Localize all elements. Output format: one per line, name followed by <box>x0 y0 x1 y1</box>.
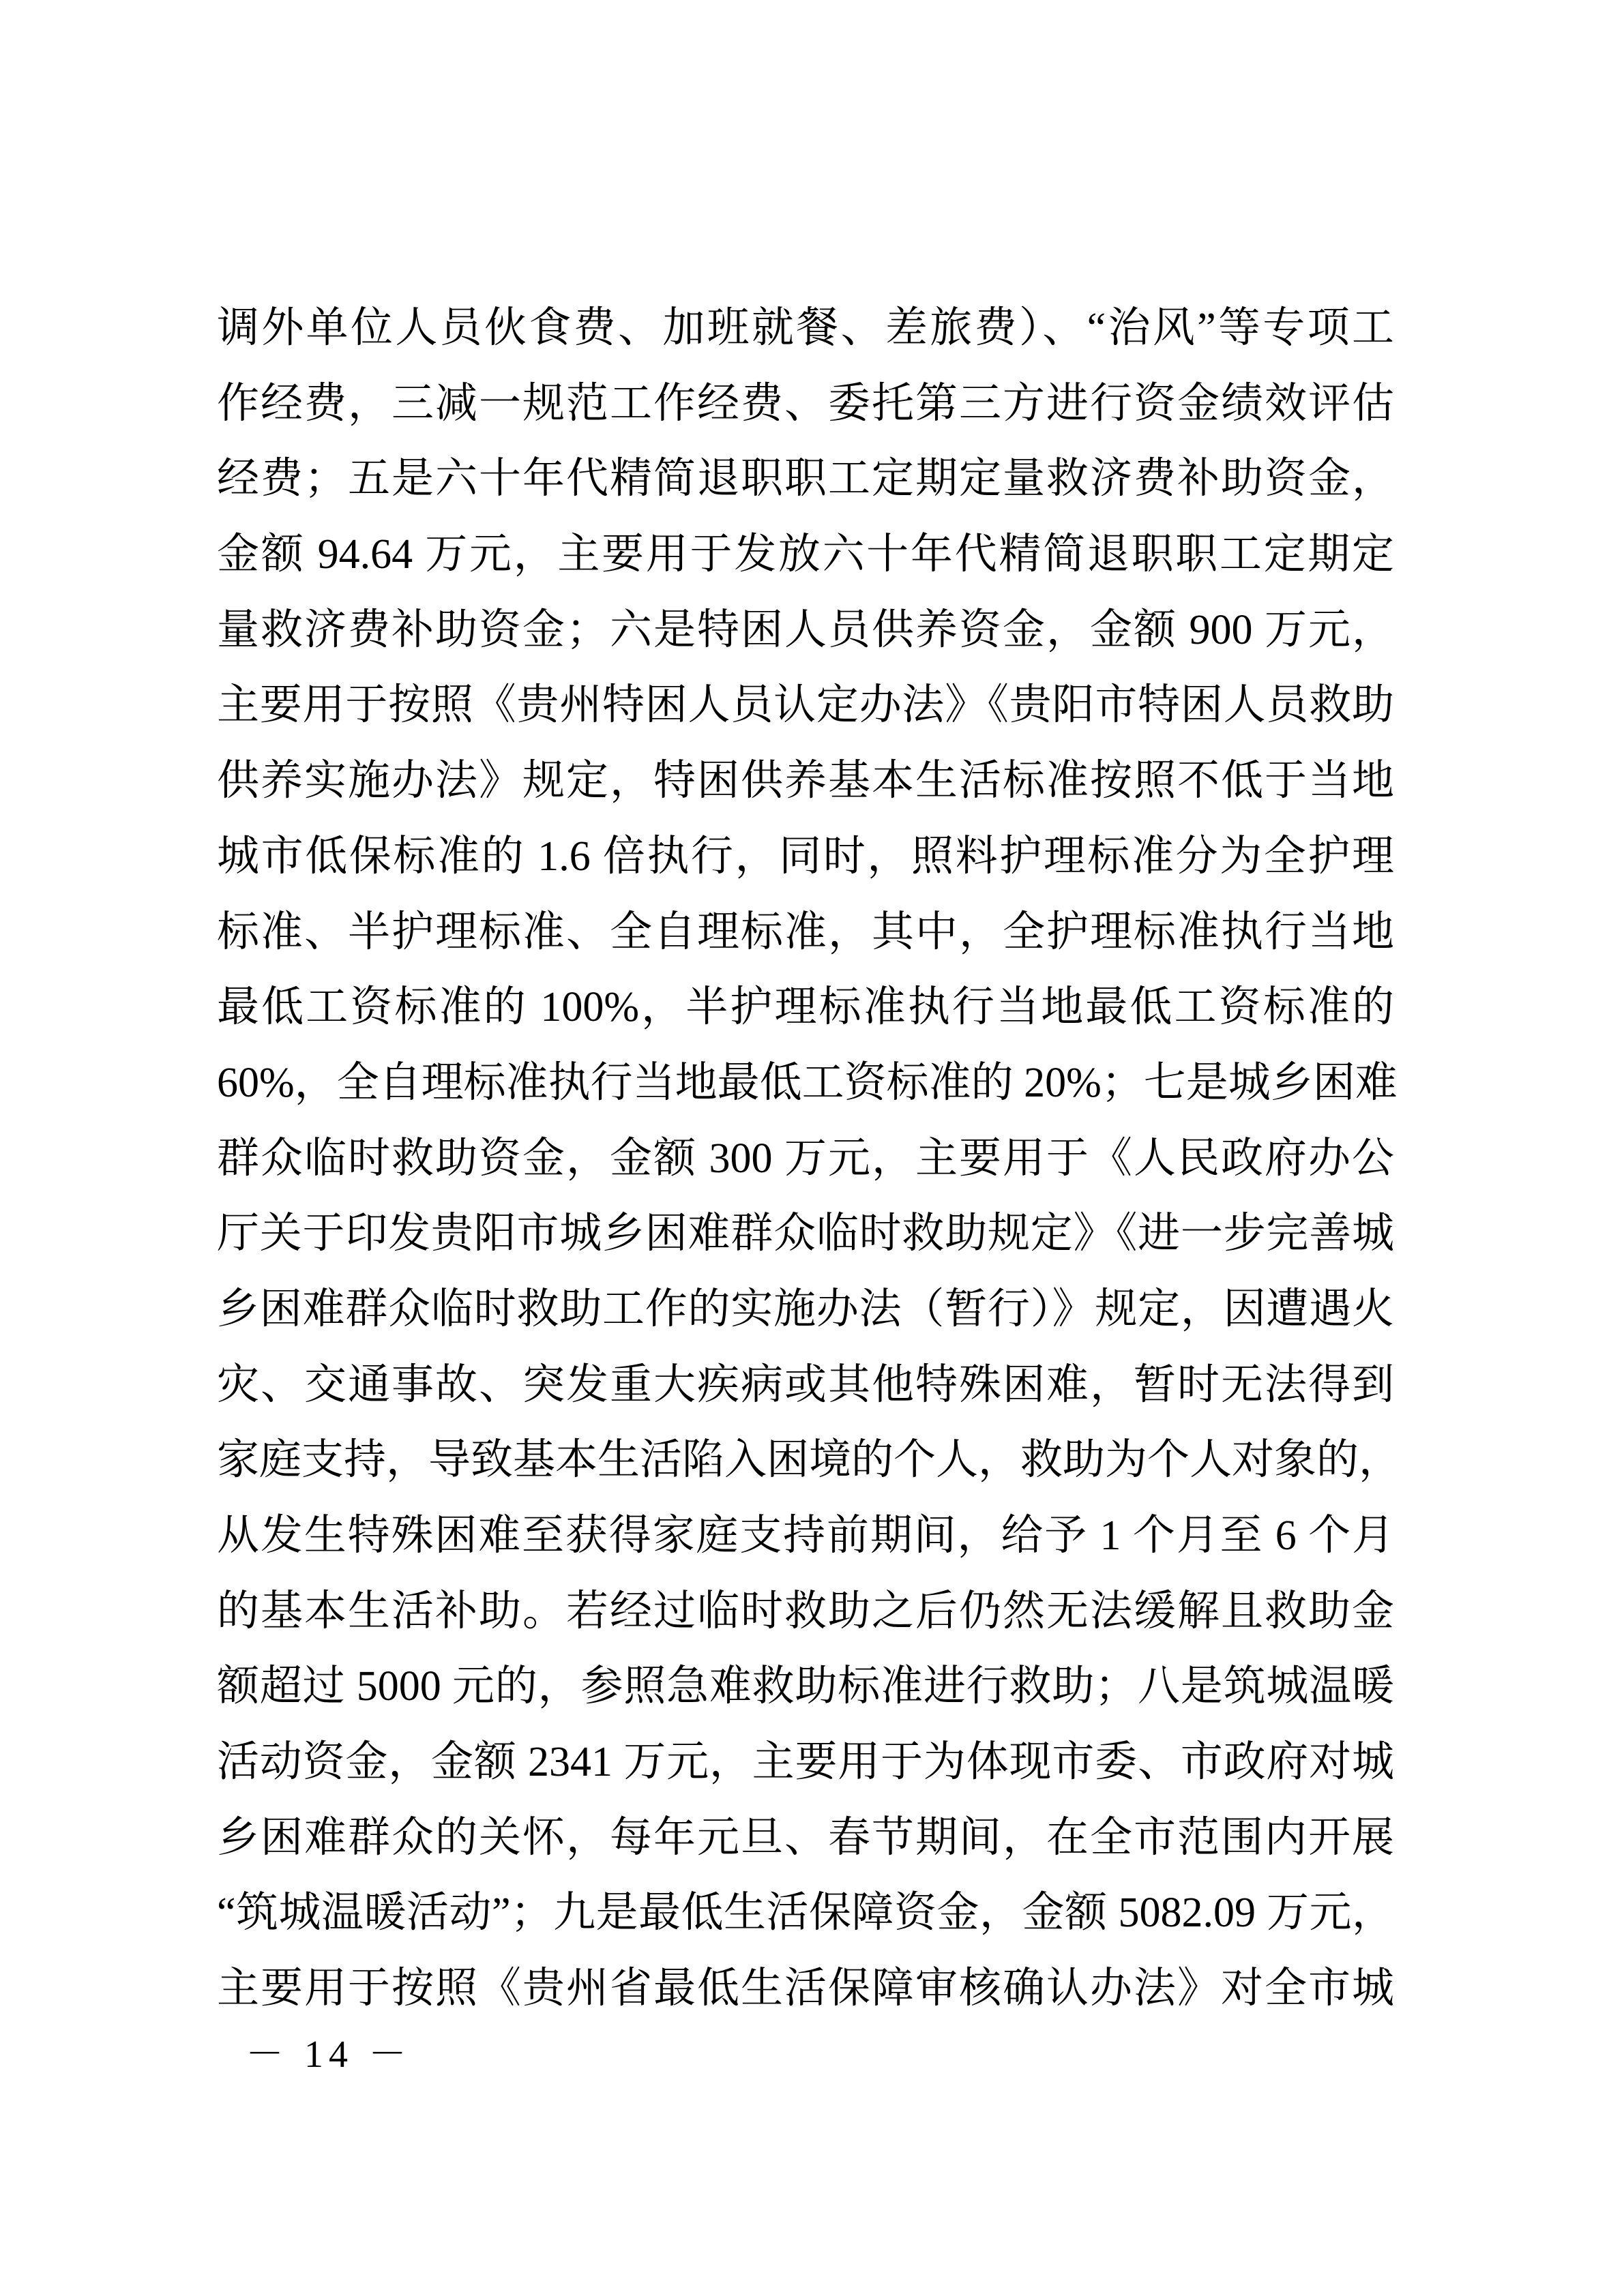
document-line: 主要用于按照《贵州特困人员认定办法》《贵阳市特困人员救助 <box>217 668 1394 743</box>
document-line: “筑城温暖活动”；九是最低生活保障资金，金额 5082.09 万元， <box>217 1875 1394 1951</box>
page-number: － 14 － <box>246 2024 412 2078</box>
document-line: 量救济费补助资金；六是特困人员供养资金，金额 900 万元， <box>217 593 1394 668</box>
document-line: 灾、交通事故、突发重大疾病或其他特殊困难，暂时无法得到 <box>217 1347 1394 1423</box>
document-line: 作经费，三减一规范工作经费、委托第三方进行资金绩效评估 <box>217 366 1394 442</box>
document-line: 金额 94.64 万元，主要用于发放六十年代精简退职职工定期定 <box>217 517 1394 593</box>
document-line: 活动资金，金额 2341 万元，主要用于为体现市委、市政府对城 <box>217 1725 1394 1800</box>
document-line: 60%，全自理标准执行当地最低工资标准的 20%；七是城乡困难 <box>217 1045 1394 1121</box>
document-line: 额超过 5000 元的，参照急难救助标准进行救助；八是筑城温暖 <box>217 1649 1394 1725</box>
document-line: 从发生特殊困难至获得家庭支持前期间，给予 1 个月至 6 个月 <box>217 1498 1394 1574</box>
document-text-block: 调外单位人员伙食费、加班就餐、差旅费）、“治风”等专项工 作经费，三减一规范工作… <box>217 290 1394 2027</box>
document-line: 最低工资标准的 100%，半护理标准执行当地最低工资标准的 <box>217 970 1394 1045</box>
document-line: 城市低保标准的 1.6 倍执行，同时，照料护理标准分为全护理 <box>217 819 1394 895</box>
document-line: 调外单位人员伙食费、加班就餐、差旅费）、“治风”等专项工 <box>217 290 1394 366</box>
document-line: 厅关于印发贵阳市城乡困难群众临时救助规定》《进一步完善城 <box>217 1196 1394 1272</box>
document-line: 群众临时救助资金，金额 300 万元，主要用于《人民政府办公 <box>217 1121 1394 1197</box>
document-line: 家庭支持，导致基本生活陷入困境的个人，救助为个人对象的， <box>217 1422 1394 1498</box>
document-line: 经费；五是六十年代精简退职职工定期定量救济费补助资金， <box>217 441 1394 517</box>
document-line: 主要用于按照《贵州省最低生活保障审核确认办法》对全市城 <box>217 1951 1394 2027</box>
document-page: 调外单位人员伙食费、加班就餐、差旅费）、“治风”等专项工 作经费，三减一规范工作… <box>0 0 1624 2296</box>
document-line: 乡困难群众的关怀，每年元旦、春节期间，在全市范围内开展 <box>217 1800 1394 1876</box>
document-line: 标准、半护理标准、全自理标准，其中，全护理标准执行当地 <box>217 895 1394 970</box>
document-line: 供养实施办法》规定，特困供养基本生活标准按照不低于当地 <box>217 743 1394 819</box>
document-line: 乡困难群众临时救助工作的实施办法（暂行）》规定，因遭遇火 <box>217 1272 1394 1347</box>
document-line: 的基本生活补助。若经过临时救助之后仍然无法缓解且救助金 <box>217 1574 1394 1650</box>
